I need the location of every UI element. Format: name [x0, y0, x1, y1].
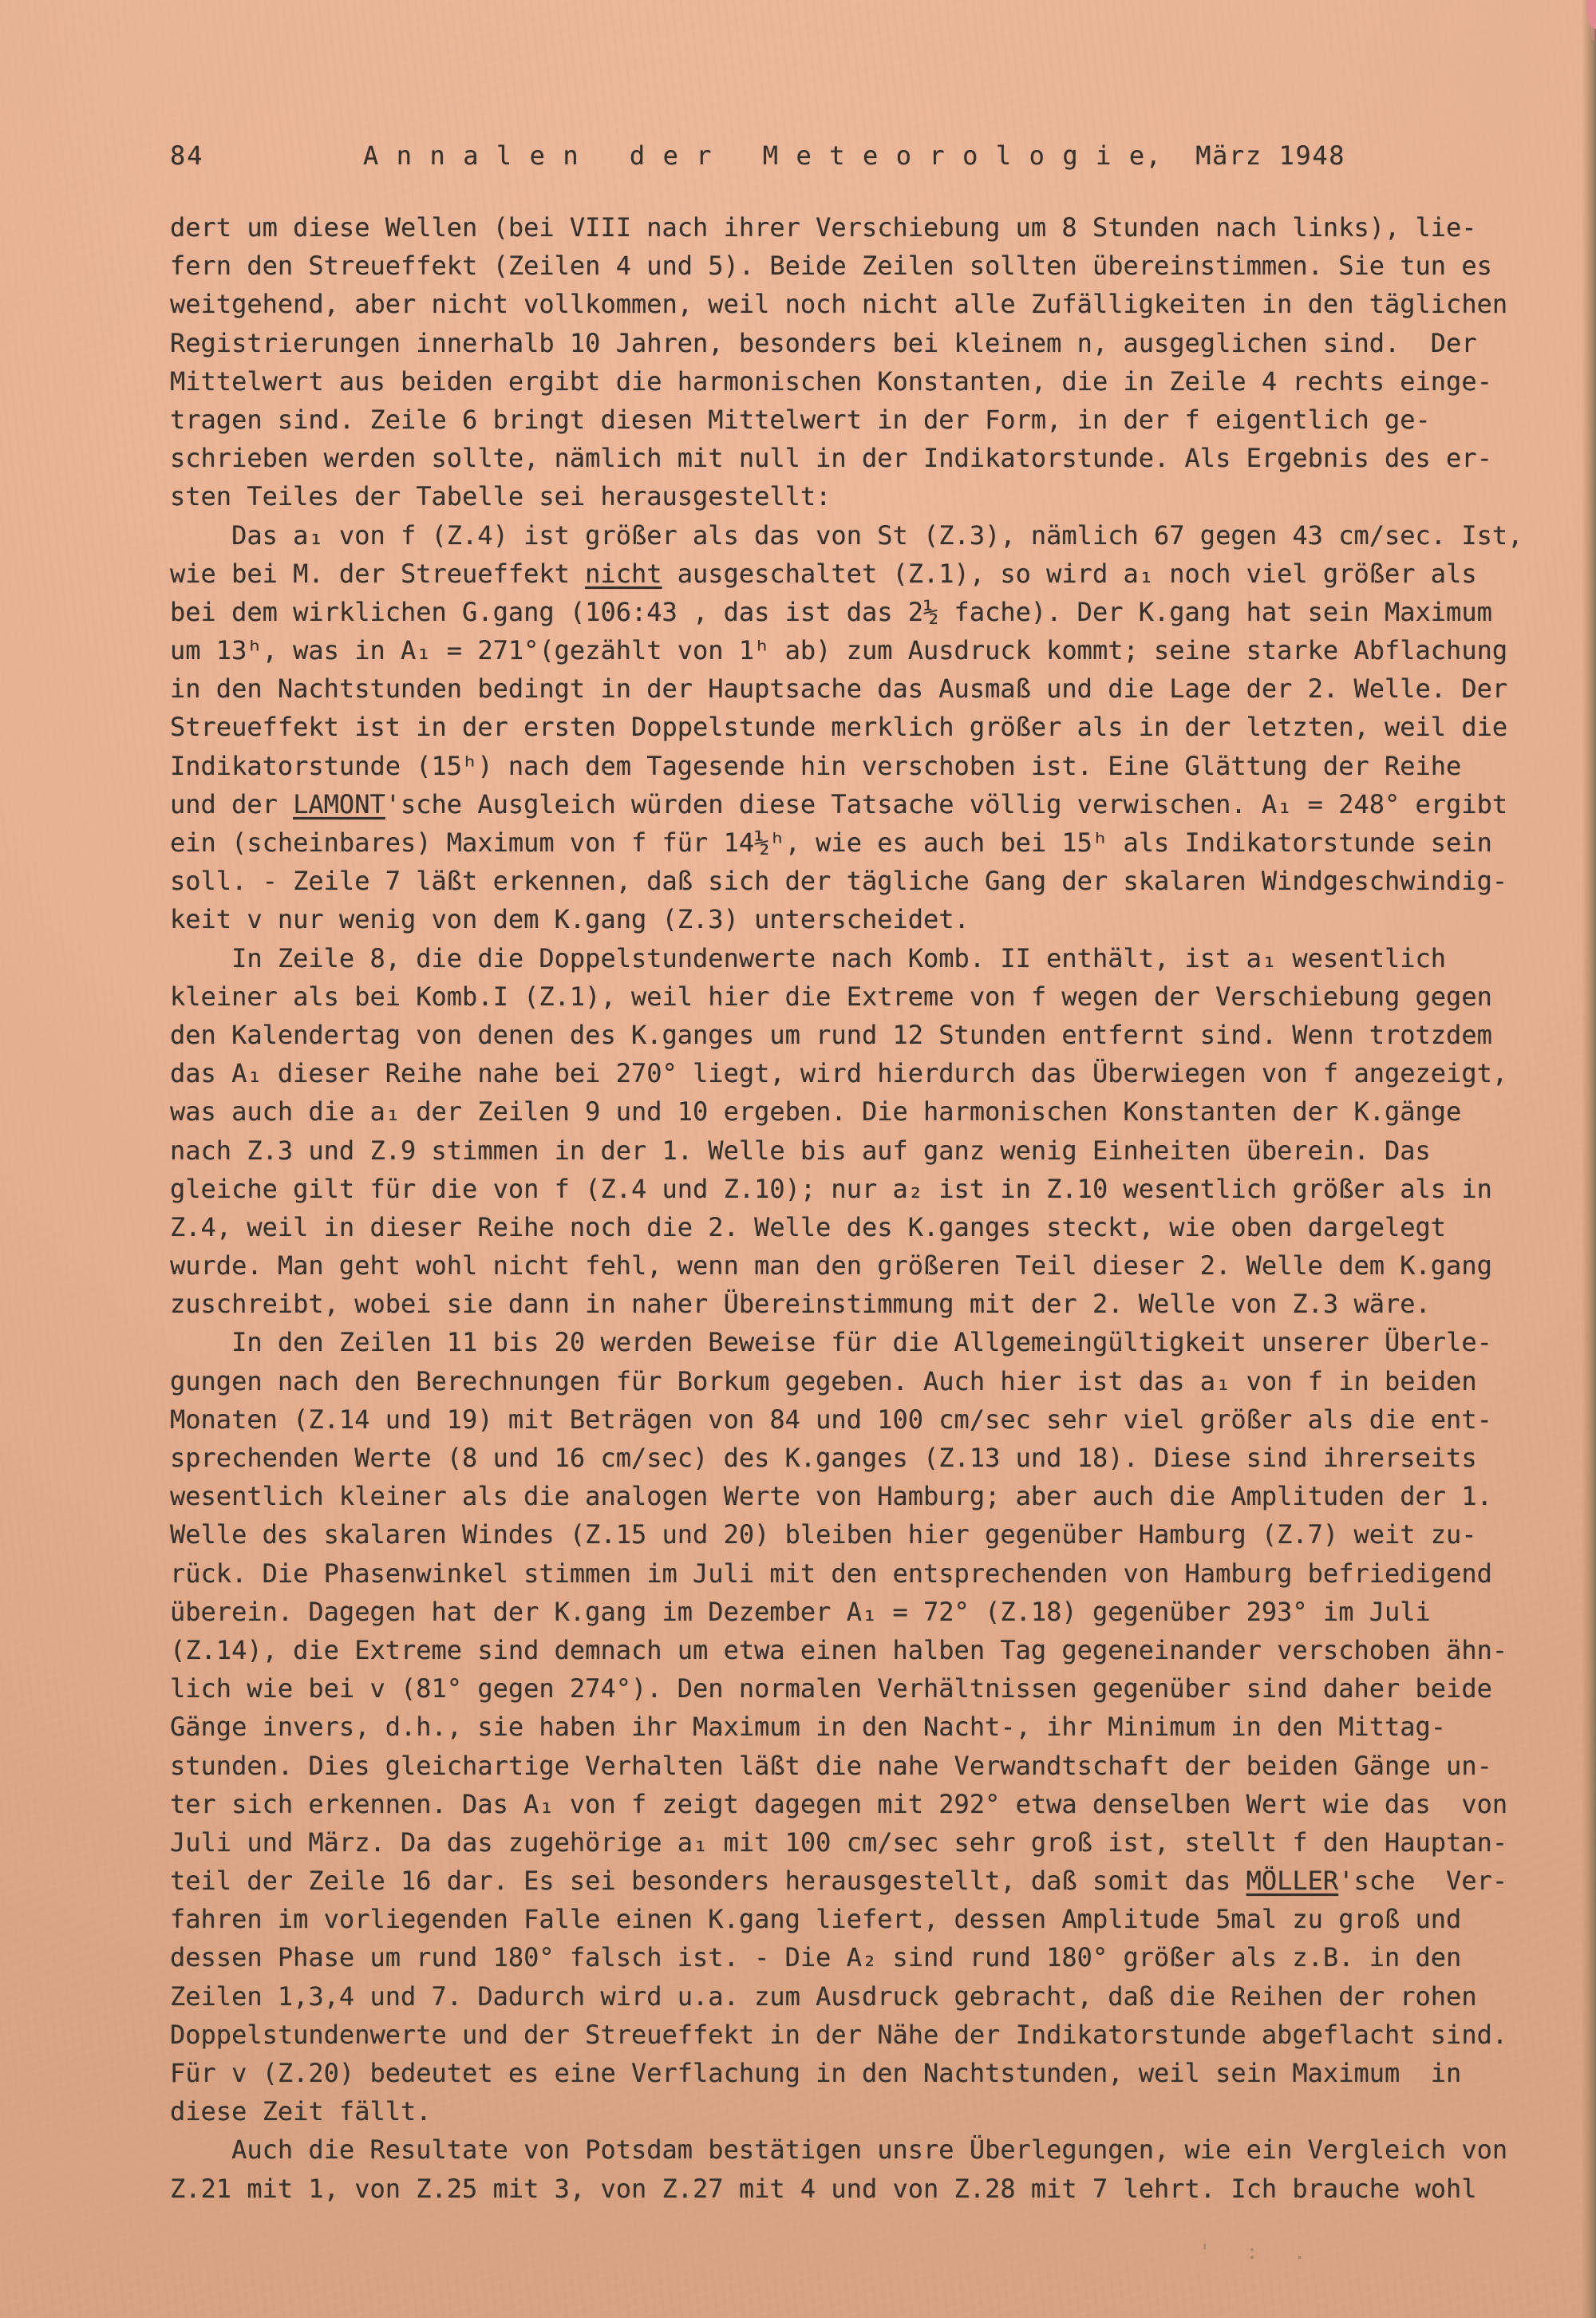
text-line: in den Nachtstunden bedingt in der Haupt… [170, 669, 1558, 708]
text-line: soll. - Zeile 7 läßt erkennen, daß sich … [170, 862, 1558, 900]
text-line: und der LAMONT'sche Ausgleich würden die… [170, 785, 1558, 823]
text-line: den Kalendertag von denen des K.ganges u… [170, 1016, 1558, 1054]
text-line: Indikatorstunde (15ʰ) nach dem Tagesende… [170, 747, 1558, 785]
text-line: kleiner als bei Komb.I (Z.1), weil hier … [170, 977, 1558, 1016]
text-line: um 13ʰ, was in A₁ = 271°(gezählt von 1ʰ … [170, 631, 1558, 669]
text-line: wie bei M. der Streueffekt nicht ausgesc… [170, 555, 1558, 593]
scanned-page: 84 A n n a l e n d e r M e t e o r o l o… [0, 0, 1596, 2318]
text-line: bei dem wirklichen G.gang (106:43 , das … [170, 593, 1558, 631]
text-line: (Z.14), die Extreme sind demnach um etwa… [170, 1631, 1558, 1669]
text-line: In Zeile 8, die die Doppelstundenwerte n… [170, 939, 1558, 977]
text-line: Gänge invers, d.h., sie haben ihr Maximu… [170, 1708, 1558, 1746]
text-line: Welle des skalaren Windes (Z.15 und 20) … [170, 1515, 1558, 1554]
text-line: keit v nur wenig von dem K.gang (Z.3) un… [170, 900, 1558, 938]
text-line: dessen Phase um rund 180° falsch ist. - … [170, 1938, 1558, 1976]
text-line: sprechenden Werte (8 und 16 cm/sec) des … [170, 1439, 1558, 1477]
scan-edge-shadow [1582, 0, 1596, 2318]
text-line: das A₁ dieser Reihe nahe bei 270° liegt,… [170, 1054, 1558, 1092]
text-line: sten Teiles der Tabelle sei herausgestel… [170, 477, 1558, 515]
text-line: Streueffekt ist in der ersten Doppelstun… [170, 708, 1558, 746]
journal-title: A n n a l e n d e r M e t e o r o l o g … [363, 140, 1345, 171]
text-line: Z.21 mit 1, von Z.25 mit 3, von Z.27 mit… [170, 2170, 1558, 2208]
text-line: wurde. Man geht wohl nicht fehl, wenn ma… [170, 1246, 1558, 1285]
text-line: Registrierungen innerhalb 10 Jahren, bes… [170, 324, 1558, 362]
page-number: 84 [170, 140, 204, 171]
text-line: Juli und März. Da das zugehörige a₁ mit … [170, 1823, 1558, 1862]
text-line: Das a₁ von f (Z.4) ist größer als das vo… [170, 516, 1558, 555]
text-line: rück. Die Phasenwinkel stimmen im Juli m… [170, 1554, 1558, 1593]
text-line: was auch die a₁ der Zeilen 9 und 10 erge… [170, 1092, 1558, 1131]
text-line: tragen sind. Zeile 6 bringt diesen Mitte… [170, 401, 1558, 439]
pencil-marks: ' : . [1199, 2241, 1317, 2265]
text-line: Für v (Z.20) bedeutet es eine Verflachun… [170, 2054, 1558, 2092]
text-line: ein (scheinbares) Maximum von f für 14½ʰ… [170, 823, 1558, 862]
text-line: dert um diese Wellen (bei VIII nach ihre… [170, 208, 1558, 247]
text-line: gleiche gilt für die von f (Z.4 und Z.10… [170, 1170, 1558, 1208]
text-line: weitgehend, aber nicht vollkommen, weil … [170, 285, 1558, 323]
text-line: ter sich erkennen. Das A₁ von f zeigt da… [170, 1785, 1558, 1823]
text-line: Monaten (Z.14 und 19) mit Beträgen von 8… [170, 1400, 1558, 1439]
text-line: Doppelstundenwerte und der Streueffekt i… [170, 2016, 1558, 2054]
text-line: lich wie bei v (81° gegen 274°). Den nor… [170, 1669, 1558, 1708]
text-line: nach Z.3 und Z.9 stimmen in der 1. Welle… [170, 1131, 1558, 1170]
text-line: Zeilen 1,3,4 und 7. Dadurch wird u.a. zu… [170, 1977, 1558, 2016]
text-line: In den Zeilen 11 bis 20 werden Beweise f… [170, 1323, 1558, 1361]
text-line: fahren im vorliegenden Falle einen K.gan… [170, 1900, 1558, 1938]
body-text: dert um diese Wellen (bei VIII nach ihre… [170, 208, 1558, 2208]
text-line: Z.4, weil in dieser Reihe noch die 2. We… [170, 1208, 1558, 1246]
text-line: zuschreibt, wobei sie dann in naher Über… [170, 1285, 1558, 1323]
text-line: teil der Zeile 16 dar. Es sei besonders … [170, 1862, 1558, 1900]
text-line: Auch die Resultate von Potsdam bestätige… [170, 2130, 1558, 2169]
text-line: diese Zeit fällt. [170, 2092, 1558, 2130]
text-line: fern den Streueffekt (Zeilen 4 und 5). B… [170, 247, 1558, 285]
text-line: gungen nach den Berechnungen für Borkum … [170, 1362, 1558, 1400]
text-line: wesentlich kleiner als die analogen Wert… [170, 1477, 1558, 1515]
text-line: schrieben werden sollte, nämlich mit nul… [170, 439, 1558, 477]
text-line: überein. Dagegen hat der K.gang im Dezem… [170, 1593, 1558, 1631]
text-line: Mittelwert aus beiden ergibt die harmoni… [170, 362, 1558, 401]
text-line: stunden. Dies gleichartige Verhalten läß… [170, 1747, 1558, 1785]
